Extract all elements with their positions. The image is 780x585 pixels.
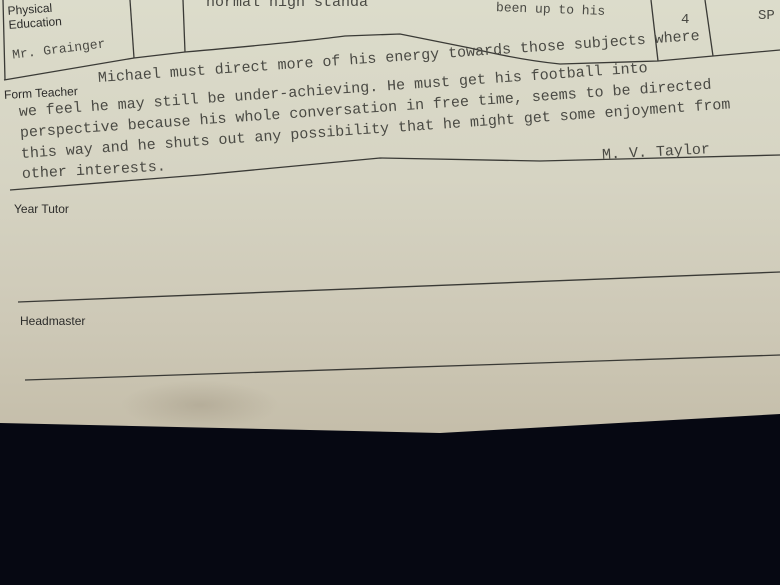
year-tutor-label: Year Tutor [14,202,69,216]
subject-label: Physical Education [7,0,62,32]
grade-value: 4 [681,12,689,28]
headmaster-label: Headmaster [20,314,85,328]
comment-fragment-left: normal high standa [206,0,368,11]
column-fragment: SP [758,8,775,24]
